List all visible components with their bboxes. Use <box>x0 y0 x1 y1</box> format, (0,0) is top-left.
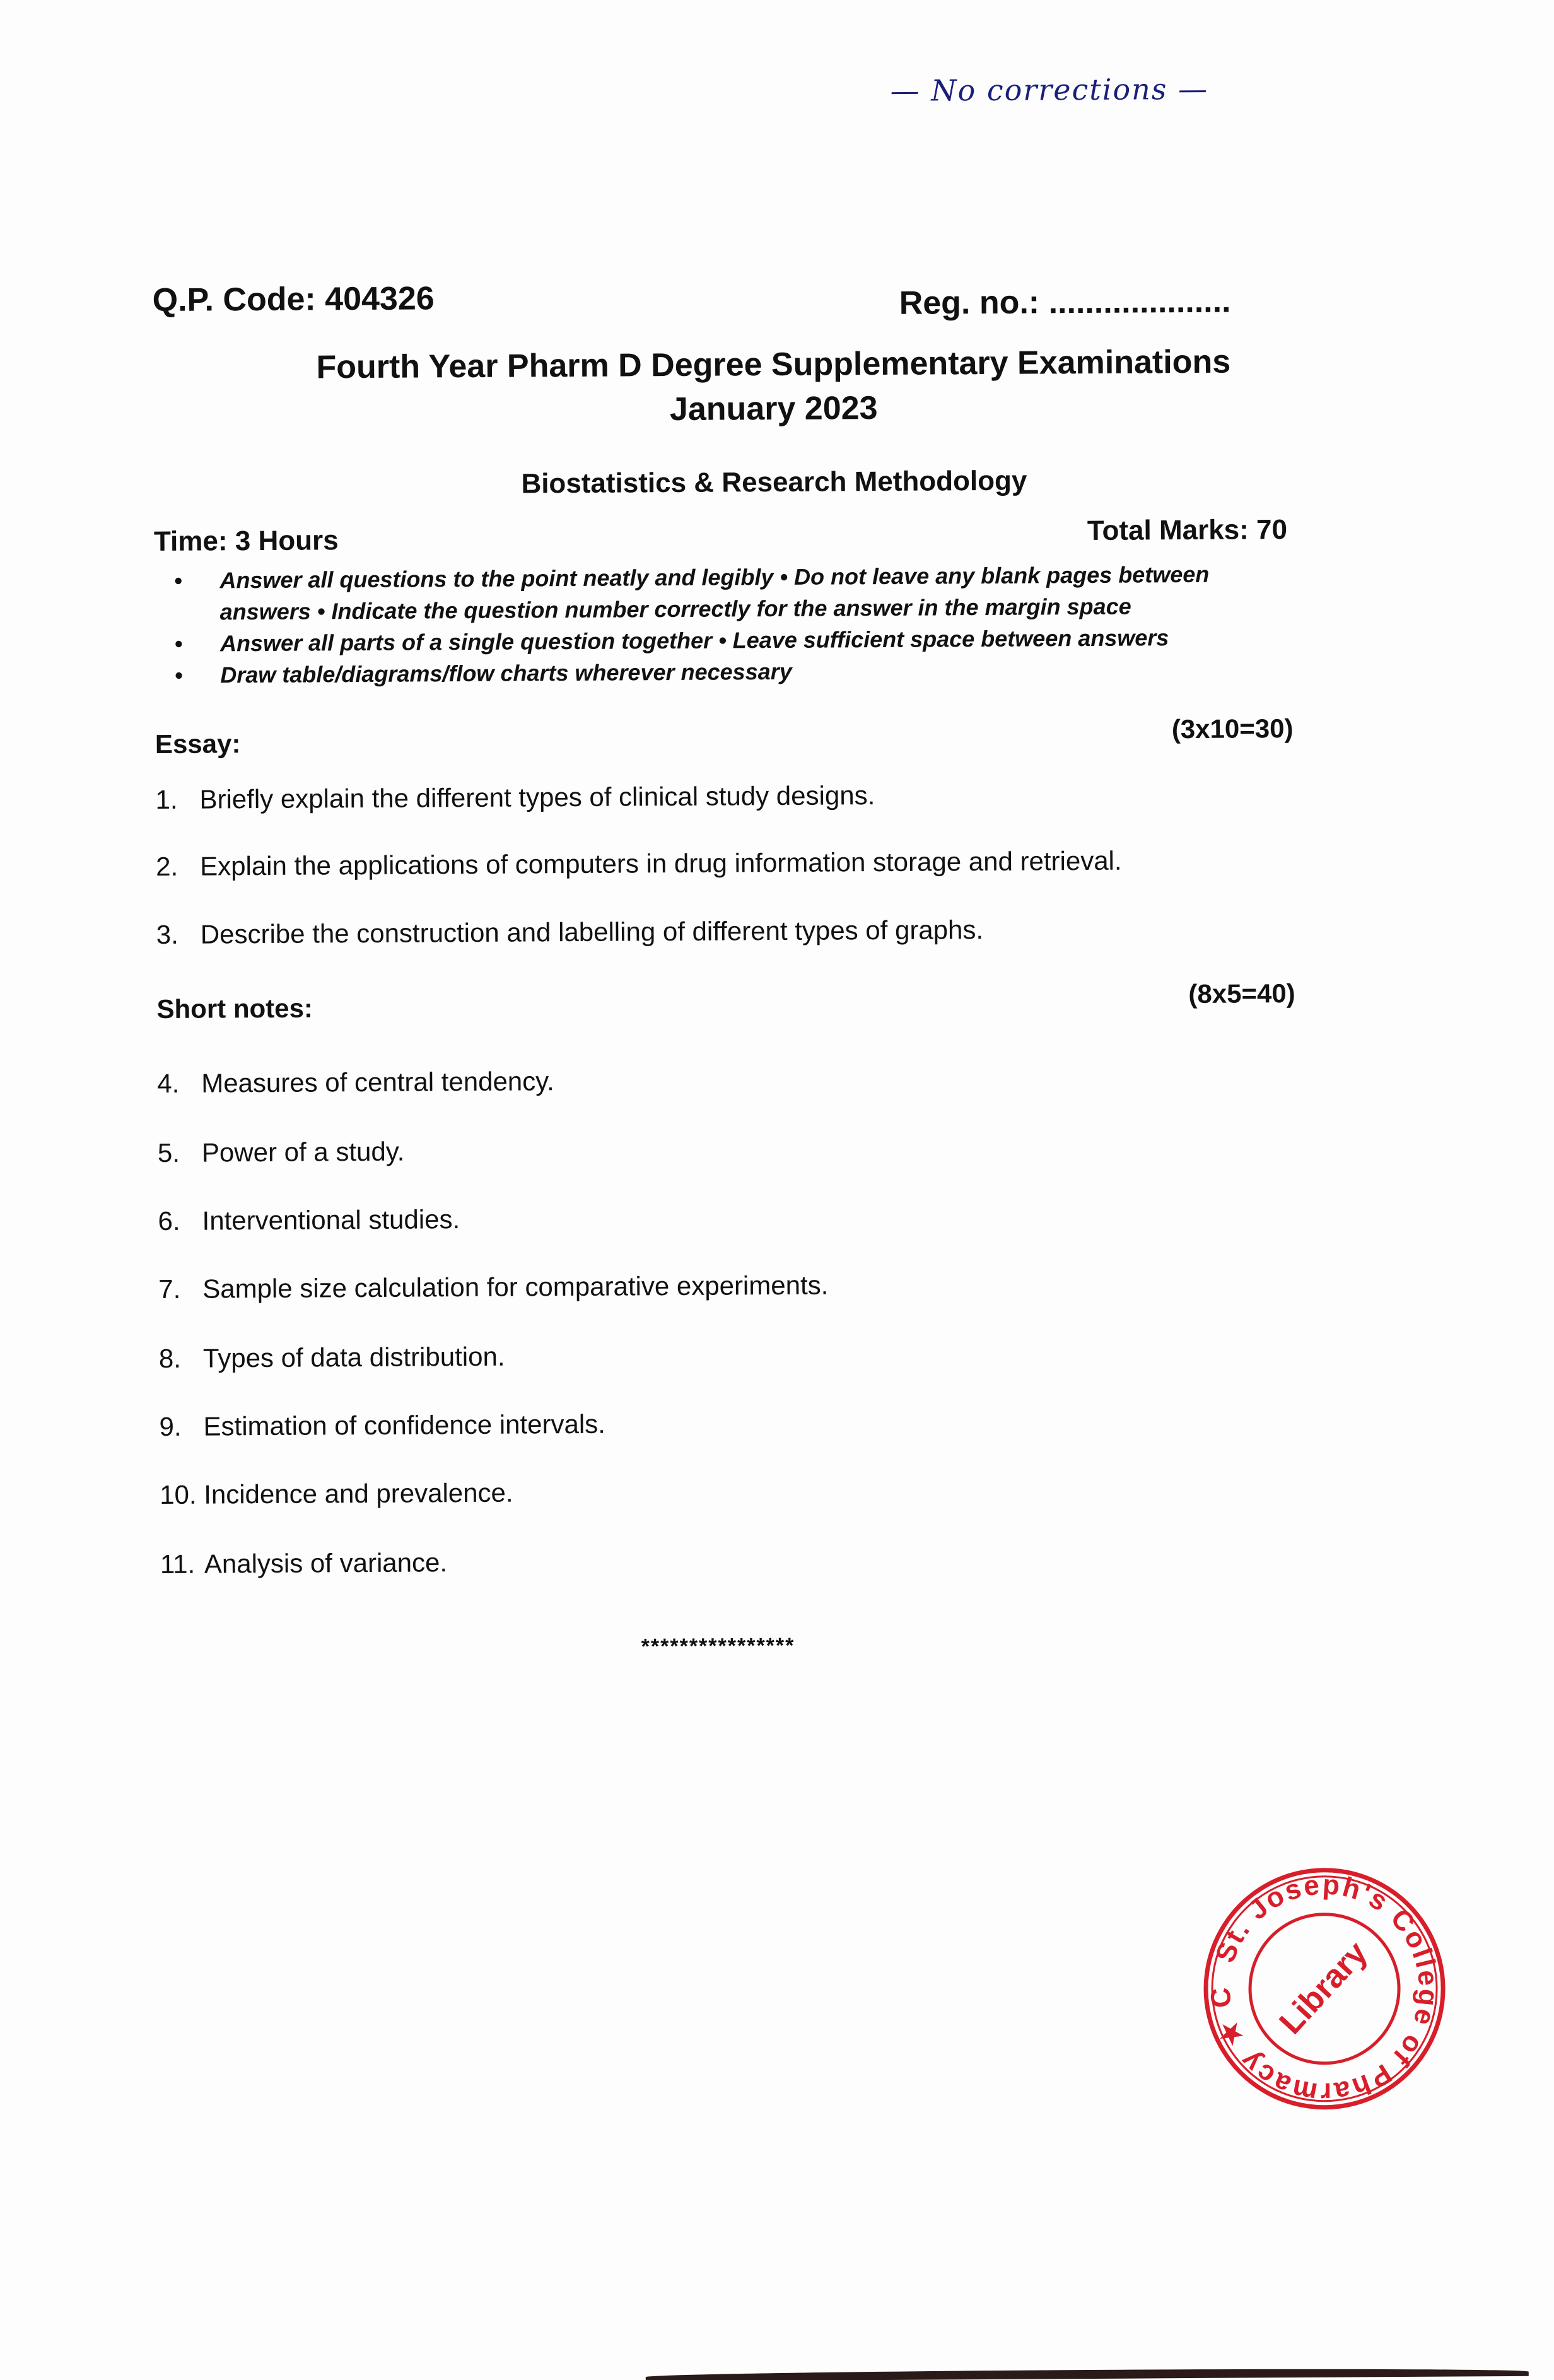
exam-date: January 2023 <box>0 385 1551 432</box>
subject-title: Biostatistics & Research Methodology <box>0 462 1551 503</box>
question-item: 2.Explain the applications of computers … <box>156 846 1122 882</box>
instruction-item: • Draw table/diagrams/flow charts wherev… <box>175 653 1310 691</box>
question-item: 9.Estimation of confidence intervals. <box>159 1409 605 1442</box>
question-item: 6.Interventional studies. <box>158 1204 460 1236</box>
instruction-line: Draw table/diagrams/flow charts wherever… <box>220 653 1310 691</box>
question-item: 4.Measures of central tendency. <box>157 1066 554 1099</box>
reg-no-field: Reg. no.: .................... <box>899 283 1231 322</box>
scan-edge-shadow <box>646 2367 1529 2380</box>
end-of-paper-marker: **************** <box>641 1634 795 1659</box>
exam-title: Fourth Year Pharm D Degree Supplementary… <box>0 341 1550 388</box>
question-item: 3.Describe the construction and labellin… <box>156 915 984 950</box>
question-item: 10.Incidence and prevalence. <box>160 1478 513 1510</box>
short-notes-marks: (8x5=40) <box>1188 978 1295 1009</box>
instruction-line: Answer all questions to the point neatly… <box>219 558 1309 597</box>
svg-text:Library: Library <box>1273 1935 1375 2041</box>
short-notes-heading: Short notes: <box>156 993 313 1024</box>
bullet-icon: • <box>175 660 183 691</box>
question-item: 7.Sample size calculation for comparativ… <box>158 1270 828 1304</box>
question-item: 5.Power of a study. <box>158 1137 405 1168</box>
bullet-icon: • <box>174 565 182 597</box>
question-item: 11.Analysis of variance. <box>160 1547 447 1580</box>
bullet-icon: • <box>175 628 183 660</box>
exam-duration: Time: 3 Hours <box>154 525 339 558</box>
essay-heading: Essay: <box>155 729 241 759</box>
handwritten-note: — No corrections — <box>890 72 1208 108</box>
qp-code: Q.P. Code: 404326 <box>152 279 434 319</box>
essay-marks: (3x10=30) <box>1172 713 1294 744</box>
instruction-item: • Answer all questions to the point neat… <box>174 558 1310 628</box>
question-item: 8.Types of data distribution. <box>159 1342 505 1374</box>
total-marks: Total Marks: 70 <box>1087 514 1287 547</box>
library-stamp-icon: St. Joseph's College of Pharmacy ★ Chert… <box>1183 1847 1466 2131</box>
instructions-list: • Answer all questions to the point neat… <box>174 558 1310 691</box>
exam-paper: — No corrections — Q.P. Code: 404326 Reg… <box>0 0 1554 2380</box>
question-item: 1.Briefly explain the different types of… <box>155 780 875 815</box>
